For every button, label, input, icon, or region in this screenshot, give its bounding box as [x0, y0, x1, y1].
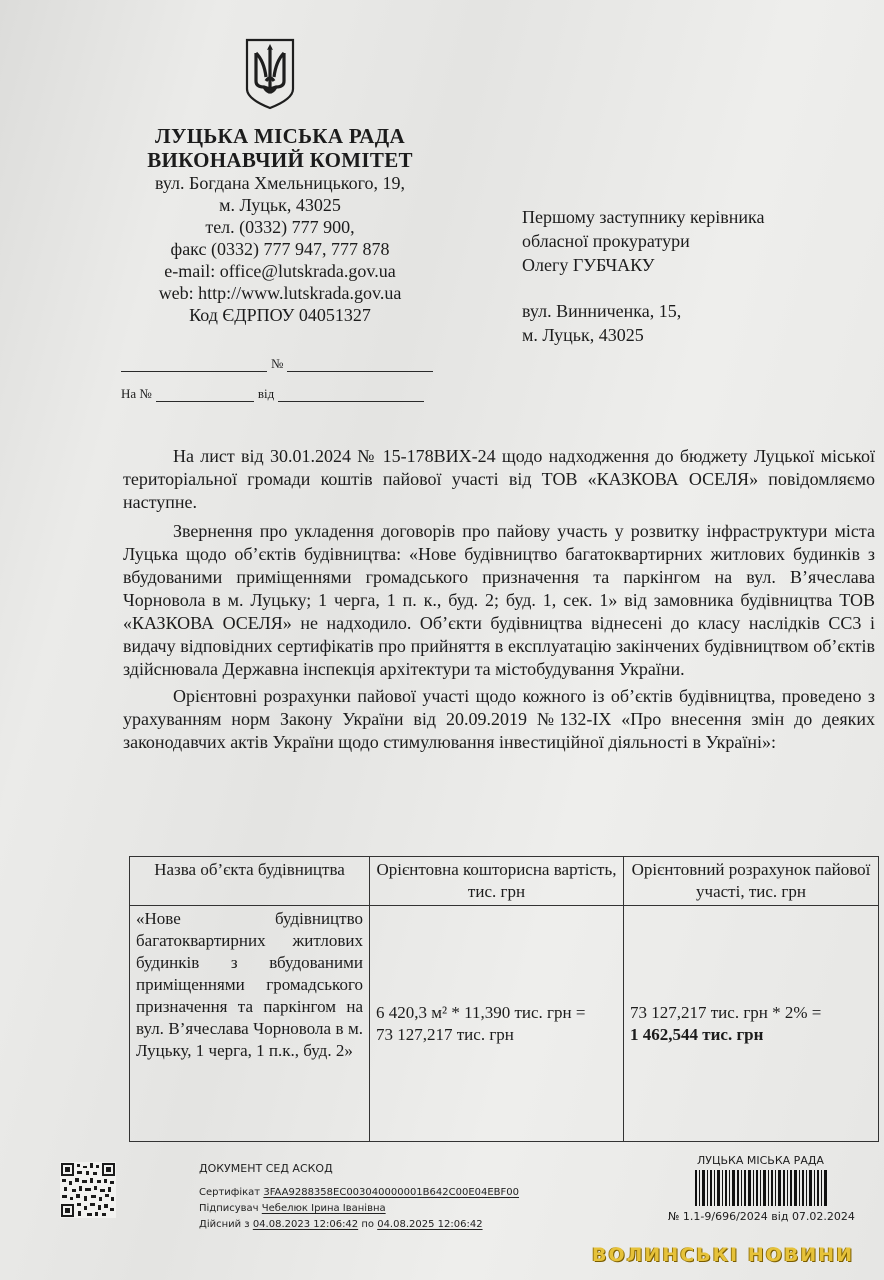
estimated-cost-cell: 6 420,3 м² * 11,390 тис. грн = 73 127,21… — [370, 906, 624, 1142]
share-calculation-table: Назва об’єкта будівництва Орієнтовна кош… — [129, 856, 879, 1142]
reg-date-blank — [121, 357, 267, 372]
certificate-label: Сертифікат — [199, 1187, 260, 1198]
stamp-registration-number: № 1.1-9/696/2024 від 07.02.2024 — [668, 1210, 855, 1223]
certificate-value: 3FAA9288358EC003040000001B642C00E04EBF00 — [263, 1187, 519, 1198]
valid-to-value: 04.08.2025 12:06:42 — [377, 1219, 482, 1230]
org-phone: тел. (0332) 777 900, — [95, 216, 465, 238]
org-fax: факс (0332) 777 947, 777 878 — [95, 238, 465, 260]
stamp-org-name: ЛУЦЬКА МІСЬКА РАДА — [697, 1154, 824, 1167]
reg-number-label: № — [271, 356, 283, 372]
reply-to-label: На № — [121, 386, 152, 402]
signer-label: Підписувач — [199, 1203, 259, 1214]
qr-code-icon — [60, 1162, 116, 1218]
org-email: e-mail: office@lutskrada.gov.ua — [95, 260, 465, 282]
header-share-calculation: Орієнтовний розрахунок пайової участі, т… — [624, 857, 879, 906]
table-row: «Нове будівництво багатоквартирних житло… — [130, 906, 879, 1142]
valid-from-label: Дійсний з — [199, 1219, 250, 1230]
share-formula: 73 127,217 тис. грн * 2% = — [630, 1002, 872, 1024]
paragraph-agreements: Звернення про укладення договорів про па… — [123, 520, 875, 681]
paragraph-calculation: Орієнтовні розрахунки пайової участі щод… — [123, 685, 875, 754]
valid-from-value: 04.08.2023 12:06:42 — [253, 1219, 358, 1230]
table-header-row: Назва об’єкта будівництва Орієнтовна кош… — [130, 857, 879, 906]
letterhead: ЛУЦЬКА МІСЬКА РАДА ВИКОНАВЧИЙ КОМІТЕТ ву… — [95, 124, 465, 326]
addressee-title: Першому заступнику керівника — [522, 205, 842, 229]
barcode-icon — [695, 1170, 829, 1206]
reply-number-blank — [156, 387, 254, 402]
trident-coat-of-arms-icon — [244, 37, 296, 111]
certificate-line: Сертифікат 3FAA9288358EC003040000001B642… — [199, 1187, 519, 1198]
cost-result: 73 127,217 тис. грн — [376, 1024, 617, 1046]
cost-formula: 6 420,3 м² * 11,390 тис. грн = — [376, 1002, 617, 1024]
addressee-street: вул. Винниченка, 15, — [522, 299, 842, 323]
header-estimated-cost: Орієнтовна кошторисна вартість, тис. грн — [370, 857, 624, 906]
addressee-office: обласної прокуратури — [522, 229, 842, 253]
sed-document-title: ДОКУМЕНТ СЕД АСКОД — [199, 1162, 333, 1175]
addressee-block: Першому заступнику керівника обласної пр… — [522, 205, 842, 347]
share-calculation-cell: 73 127,217 тис. грн * 2% = 1 462,544 тис… — [624, 906, 879, 1142]
org-edrpou: Код ЄДРПОУ 04051327 — [95, 304, 465, 326]
org-address-line1: вул. Богдана Хмельницького, 19, — [95, 172, 465, 194]
reply-reg-row: На № від — [121, 386, 424, 402]
reply-date-label: від — [258, 386, 274, 402]
reg-number-blank — [287, 357, 433, 372]
outgoing-reg-row: № — [121, 356, 433, 372]
signer-line: Підписувач Чебелюк Ірина Іванівна — [199, 1203, 386, 1214]
addressee-name: Олегу ГУБЧАКУ — [522, 253, 842, 277]
watermark-logo: ВОЛИНСЬКІ НОВИНИ — [592, 1244, 854, 1266]
paragraph-intro: На лист від 30.01.2024 № 15-178ВИХ-24 що… — [123, 445, 875, 514]
org-name-line1: ЛУЦЬКА МІСЬКА РАДА — [95, 124, 465, 148]
object-name-cell: «Нове будівництво багатоквартирних житло… — [130, 906, 370, 1142]
org-web: web: http://www.lutskrada.gov.ua — [95, 282, 465, 304]
org-address-line2: м. Луцьк, 43025 — [95, 194, 465, 216]
org-name-line2: ВИКОНАВЧИЙ КОМІТЕТ — [95, 148, 465, 172]
validity-line: Дійсний з 04.08.2023 12:06:42 по 04.08.2… — [199, 1219, 483, 1230]
reply-date-blank — [278, 387, 424, 402]
signer-value: Чебелюк Ірина Іванівна — [262, 1203, 386, 1214]
header-object-name: Назва об’єкта будівництва — [130, 857, 370, 906]
addressee-city: м. Луцьк, 43025 — [522, 323, 842, 347]
share-result: 1 462,544 тис. грн — [630, 1024, 872, 1046]
letter-body: На лист від 30.01.2024 № 15-178ВИХ-24 що… — [123, 445, 875, 754]
valid-to-label: по — [361, 1219, 374, 1230]
